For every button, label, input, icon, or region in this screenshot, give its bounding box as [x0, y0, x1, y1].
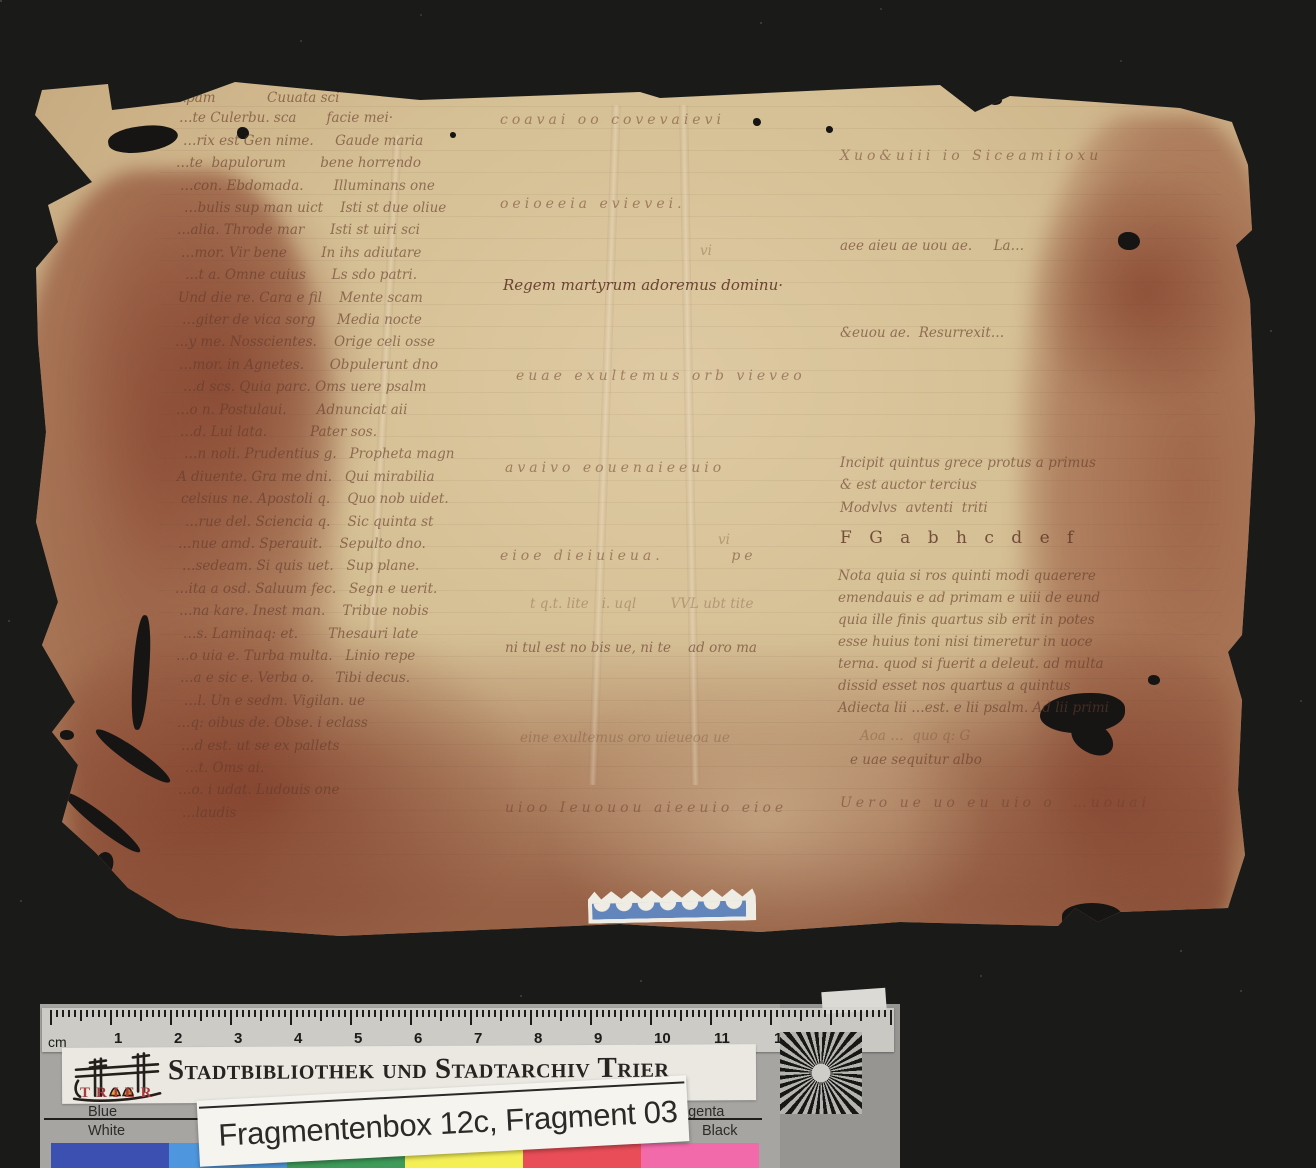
manuscript-line: F G a b h c d e f — [840, 528, 1079, 548]
ruler-tick — [92, 1010, 94, 1017]
scanner-dust — [0, 0, 2, 2]
ruler-tick — [494, 1010, 496, 1017]
manuscript-line: …t a. Omne cuius Ls sdo patri. — [185, 267, 417, 283]
ruler-tick — [218, 1010, 220, 1017]
ruler-tick — [650, 1010, 652, 1025]
ruler-tick — [566, 1010, 568, 1017]
ruler-tick — [176, 1010, 178, 1017]
ruler-tick — [554, 1010, 556, 1017]
ruler-tick — [500, 1010, 502, 1021]
ruler-tick — [272, 1010, 274, 1017]
manuscript-line: …d scs. Quia parc. Oms uere psalm — [183, 379, 426, 395]
color-word-black: Black — [702, 1123, 737, 1139]
hole — [753, 118, 761, 126]
ruler-tick — [278, 1010, 280, 1017]
ruler-tick — [830, 1010, 832, 1025]
ruler-tick — [656, 1010, 658, 1017]
ruler-tick — [104, 1010, 106, 1017]
ruler-tick — [884, 1010, 886, 1017]
ruler-tick — [380, 1010, 382, 1021]
manuscript-line: aee aieu ae uou ae. La… — [840, 238, 1024, 254]
ruler-tick — [368, 1010, 370, 1017]
ruler-tick — [578, 1010, 580, 1017]
manuscript-line: …s. Laminaq: et. Thesauri late — [183, 626, 418, 642]
ruler-tick — [488, 1010, 490, 1017]
manuscript-line: …rue del. Sciencia q. Sic quinta st — [185, 514, 433, 530]
reference-card: cm 12345678910111213 Stadtbiblioth — [40, 1004, 900, 1168]
ruler-tick — [584, 1010, 586, 1017]
hole — [826, 126, 833, 133]
ruler-tick — [206, 1010, 208, 1017]
ruler-tick — [440, 1010, 442, 1021]
ruler-tick — [452, 1010, 454, 1017]
ruler-tick — [362, 1010, 364, 1017]
ruler-tick — [596, 1010, 598, 1017]
ruler-number: 5 — [354, 1030, 362, 1047]
ruler-tick — [314, 1010, 316, 1017]
ruler-tick — [338, 1010, 340, 1017]
manuscript-line: oeioeeia evievei. — [500, 196, 686, 212]
ruler-tick — [134, 1010, 136, 1017]
ruler-tick — [98, 1010, 100, 1017]
blue-edging-pattern — [592, 900, 746, 919]
manuscript-line: A diuente. Gra me dni. Qui mirabilia — [177, 469, 435, 485]
ruler-tick — [770, 1010, 772, 1025]
manuscript-line: …o n. Postulaui. Adnunciat aii — [176, 402, 407, 418]
manuscript-line: …bulis sup man uict Isti st due oliue — [184, 200, 446, 216]
ruler-tick — [194, 1010, 196, 1017]
ruler-tick — [446, 1010, 448, 1017]
ruler-tick — [470, 1010, 472, 1025]
ruler-tick — [824, 1010, 826, 1017]
ruler-tick — [320, 1010, 322, 1021]
hole — [1118, 232, 1140, 250]
ruler-tick — [530, 1010, 532, 1025]
hole — [1148, 675, 1160, 685]
ruler-tick — [866, 1010, 868, 1017]
fragment-label-text: Fragmentenbox 12c, Fragment 03 — [218, 1094, 679, 1154]
ruler-tick — [56, 1010, 58, 1017]
ruler-tick — [158, 1010, 160, 1017]
ruler-tick — [164, 1010, 166, 1017]
manuscript-line: esse huius toni nisi timeretur in uoce — [838, 634, 1093, 650]
hole — [450, 132, 456, 138]
manuscript-line: …alia. Throde mar Isti st uiri sci — [177, 222, 420, 238]
hole — [60, 730, 74, 740]
ruler-tick — [224, 1010, 226, 1017]
ruler-tick — [818, 1010, 820, 1017]
manuscript-line: & est auctor tercius — [840, 477, 977, 493]
ruler-tick — [128, 1010, 130, 1017]
ruler-tick — [182, 1010, 184, 1017]
ruler-tick — [698, 1010, 700, 1017]
ruler-tick — [50, 1010, 52, 1025]
manuscript-line: …d est. ut se ex pallets — [181, 738, 340, 754]
manuscript-line: …o. i udat. Ludouis one — [178, 782, 339, 798]
ruler-tick — [638, 1010, 640, 1017]
manuscript-line: vi — [700, 243, 712, 259]
ruler-tick — [620, 1010, 622, 1021]
ruler-tick — [302, 1010, 304, 1017]
ruler-tick — [260, 1010, 262, 1021]
ruler-tick — [614, 1010, 616, 1017]
divider-line — [44, 1118, 200, 1120]
manuscript-line: eine exultemus oro uieueoa ue — [520, 730, 730, 746]
ruler-tick — [746, 1010, 748, 1017]
manuscript-line: …giter de vica sorg Media nocte — [182, 312, 422, 328]
ruler-tick — [62, 1010, 64, 1017]
manuscript-line: Aoa … quo q: G — [860, 728, 970, 744]
ruler-tick — [836, 1010, 838, 1017]
ruler-tick — [344, 1010, 346, 1017]
manuscript-line: Nota quia si ros quinti modi quaerere — [838, 568, 1096, 584]
manuscript-line: ni tul est no bis ue, ni te ad oro ma — [505, 640, 757, 656]
manuscript-line: Incipit quintus grece protus a primus — [840, 455, 1096, 471]
ruler-tick — [734, 1010, 736, 1017]
ruler-tick — [674, 1010, 676, 1017]
siemens-star-target — [780, 1032, 862, 1114]
ruler-tick — [608, 1010, 610, 1017]
manuscript-line: Xuo&uiii io Siceamiioxu — [840, 148, 1102, 164]
manuscript-line: t q.t. lite i. uql VVL ubt tite — [530, 596, 753, 612]
ruler-tick — [878, 1010, 880, 1017]
manuscript-line: …l. Un e sedm. Vigilan. ue — [184, 693, 365, 709]
manuscript-line: Und die re. Cara e fil Mente scam — [178, 290, 423, 306]
ruler-tick — [812, 1010, 814, 1017]
manuscript-line: quia ille finis quartus sib erit in pote… — [838, 612, 1095, 628]
manuscript-line: …ita a osd. Saluum fec. Segn e uerit. — [175, 581, 437, 597]
ruler-tick — [410, 1010, 412, 1025]
ruler-tick — [392, 1010, 394, 1017]
manuscript-line: …y me. Nosscientes. Orige celi osse — [175, 334, 435, 350]
ruler-tick — [200, 1010, 202, 1021]
ruler-tick — [548, 1010, 550, 1017]
ruler-tick — [782, 1010, 784, 1017]
ruler-tick — [152, 1010, 154, 1017]
ruler-tick — [422, 1010, 424, 1017]
ruler-tick — [662, 1010, 664, 1017]
ruler-tick — [602, 1010, 604, 1017]
manuscript-line: …t. Oms ai. — [185, 760, 264, 776]
ruler-tick — [536, 1010, 538, 1017]
ruler-tick — [116, 1010, 118, 1017]
ruler-tick — [680, 1010, 682, 1021]
ruler-tick — [428, 1010, 430, 1017]
ruler-tick — [632, 1010, 634, 1017]
ruler-tick — [854, 1010, 856, 1017]
ruler-tick — [434, 1010, 436, 1017]
manuscript-line: Regem martyrum adoremus dominu· — [503, 276, 783, 294]
ruler-tick — [518, 1010, 520, 1017]
ruler-tick — [590, 1010, 592, 1025]
ruler-tick — [710, 1010, 712, 1025]
hole — [988, 95, 1002, 105]
manuscript-line: …con. Ebdomada. Illuminans one — [180, 178, 435, 194]
ruler-tick — [308, 1010, 310, 1017]
ruler-tick — [458, 1010, 460, 1017]
manuscript-line: uioo Ieuouou aieeuio eioe — [505, 800, 787, 816]
ruler-tick — [212, 1010, 214, 1017]
ruler-tick — [668, 1010, 670, 1017]
ruler-tick — [416, 1010, 418, 1017]
ruler-tick — [626, 1010, 628, 1017]
manuscript-line: …sedeam. Si quis uet. Sup plane. — [182, 558, 419, 574]
manuscript-line: Adiecta lii …est. e lii psalm. Ad lii pr… — [838, 700, 1109, 716]
manuscript-line: …mor. in Agnetes. Obpulerunt dno — [179, 357, 438, 373]
ruler-tick — [80, 1010, 82, 1021]
ruler-tick — [374, 1010, 376, 1017]
ruler-tick — [506, 1010, 508, 1017]
ruler-tick — [242, 1010, 244, 1017]
ruler-tick — [170, 1010, 172, 1025]
ruler-tick — [398, 1010, 400, 1017]
manuscript-line: …n noli. Prudentius g. Propheta magn — [184, 446, 455, 462]
ruler-tick — [266, 1010, 268, 1017]
manuscript-line: …a e sic e. Verba o. Tibi decus. — [180, 670, 410, 686]
hole — [647, 80, 665, 92]
ruler-tick — [788, 1010, 790, 1017]
ruler-tick — [386, 1010, 388, 1017]
manuscript-line: terna. quod si fuerit a deleut. ad multa — [838, 656, 1104, 672]
ruler-tick — [326, 1010, 328, 1017]
ruler-tick — [122, 1010, 124, 1017]
ruler-tick — [296, 1010, 298, 1017]
ruler-number: 6 — [414, 1030, 422, 1047]
manuscript-line: dissid esset nos quartus a quintus — [838, 678, 1071, 694]
color-patch — [51, 1143, 169, 1168]
scan-canvas: ⸫pam Cuuata sci…te Culerbu. sca facie me… — [0, 0, 1316, 1168]
ruler-number: 4 — [294, 1030, 302, 1047]
ruler-tick — [464, 1010, 466, 1017]
ruler-tick — [848, 1010, 850, 1017]
manuscript-line: e uae sequitur albo — [850, 752, 982, 768]
ruler-tick — [758, 1010, 760, 1017]
ruler-tick — [890, 1010, 892, 1025]
ruler-tick — [146, 1010, 148, 1017]
ruler-tick — [476, 1010, 478, 1017]
manuscript-line: vi — [718, 532, 730, 548]
ruler-tick — [356, 1010, 358, 1017]
ruler-tick — [692, 1010, 694, 1017]
ruler-tick — [188, 1010, 190, 1017]
ruler-tick — [482, 1010, 484, 1017]
ruler-tick — [86, 1010, 88, 1017]
ruler-tick — [290, 1010, 292, 1025]
ruler-tick — [800, 1010, 802, 1021]
ruler-tick — [644, 1010, 646, 1017]
ruler-tick — [68, 1010, 70, 1017]
ruler-tick — [230, 1010, 232, 1025]
ruler-tick — [842, 1010, 844, 1017]
manuscript-line: Modvlvs avtenti triti — [840, 500, 988, 516]
ruler-tick — [806, 1010, 808, 1017]
manuscript-line: celsius ne. Apostoli q. Quo nob uidet. — [181, 491, 449, 507]
manuscript-line: coavai oo covevaievi — [500, 112, 725, 128]
manuscript-line: euae exultemus orb vieveo — [516, 368, 806, 384]
ruler-tick — [404, 1010, 406, 1017]
trier-logo-text: TRIER — [80, 1085, 158, 1102]
manuscript-line: …nue amd. Sperauit. Sepulto dno. — [178, 536, 426, 552]
ruler-tick — [254, 1010, 256, 1017]
ruler-tick — [776, 1010, 778, 1017]
ruler-tick — [752, 1010, 754, 1017]
ruler-tick — [764, 1010, 766, 1017]
ruler-tick — [794, 1010, 796, 1017]
ruler-tick — [572, 1010, 574, 1017]
manuscript-line: …o uia e. Turba multa. Linio repe — [176, 648, 415, 664]
manuscript-line: …laudis — [182, 805, 236, 821]
manuscript-line: ⸫pam Cuuata sci — [175, 88, 339, 106]
ruler-tick — [248, 1010, 250, 1017]
manuscript-line: …rix est Gen nime. Gaude maria — [183, 133, 423, 149]
ruler-number: 2 — [174, 1030, 182, 1047]
ruler-tick — [236, 1010, 238, 1017]
ruler-tick — [716, 1010, 718, 1017]
ruler-tick — [284, 1010, 286, 1017]
manuscript-line: …te Culerbu. sca facie mei· — [179, 110, 393, 126]
ruler-number: 1 — [114, 1030, 122, 1047]
ruler-tick — [860, 1010, 862, 1021]
manuscript-line: avaivo eouenaieeuio — [505, 460, 725, 476]
ruler-number: 3 — [234, 1030, 242, 1047]
manuscript-line: …na kare. Inest man. Tribue nobis — [179, 603, 429, 619]
ruler-tick — [110, 1010, 112, 1025]
ruler-tick — [704, 1010, 706, 1017]
ruler-tick — [140, 1010, 142, 1021]
ruler-tick — [74, 1010, 76, 1017]
ruler-number: 7 — [474, 1030, 482, 1047]
manuscript-line: &euou ae. Resurrexit… — [840, 325, 1004, 341]
manuscript-line: emendauis e ad primam e uiii de eund — [838, 590, 1100, 606]
ruler-tick — [350, 1010, 352, 1025]
ruler-tick — [524, 1010, 526, 1017]
ruler-tick — [686, 1010, 688, 1017]
manuscript-line: eioe dieiuieua. pe — [500, 548, 757, 564]
ruler-tick — [512, 1010, 514, 1017]
ruler-tick — [722, 1010, 724, 1017]
color-word-white: White — [88, 1123, 125, 1139]
ruler-tick — [332, 1010, 334, 1017]
manuscript-line: …te bapulorum bene horrendo — [176, 155, 421, 171]
manuscript-line: Uero ue uo eu uio o …uouai — [840, 795, 1150, 811]
manuscript-line: …d. Lui lata. Pater sos. — [180, 424, 377, 440]
ruler-tick — [740, 1010, 742, 1021]
ruler-tick — [728, 1010, 730, 1017]
parchment-fragment: ⸫pam Cuuata sci…te Culerbu. sca facie me… — [30, 75, 1262, 940]
hole — [1062, 903, 1122, 929]
ruler-tick — [872, 1010, 874, 1017]
manuscript-line: …q: oibus de. Obse. i eclass — [177, 715, 368, 731]
ruler-tick — [542, 1010, 544, 1017]
ruler-tick — [560, 1010, 562, 1021]
manuscript-line: …mor. Vir bene In ihs adiutare — [181, 245, 421, 261]
color-patch — [641, 1143, 759, 1168]
